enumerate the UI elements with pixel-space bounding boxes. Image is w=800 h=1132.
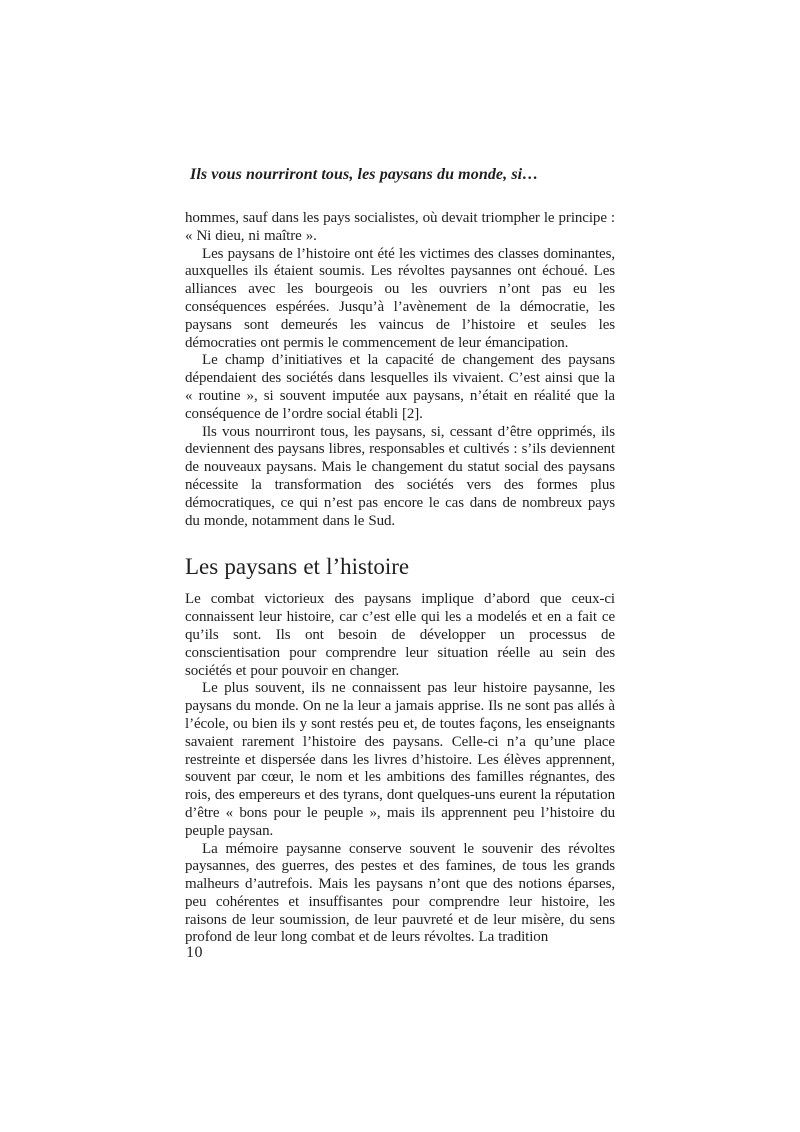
- section-heading: Les paysans et l’histoire: [185, 553, 615, 580]
- body-paragraph: hommes, sauf dans les pays socialistes, …: [185, 210, 615, 246]
- body-paragraphs-before-heading: hommes, sauf dans les pays socialistes, …: [185, 210, 615, 530]
- body-paragraph: Le plus souvent, ils ne connaissent pas …: [185, 680, 615, 840]
- text-column: hommes, sauf dans les pays socialistes, …: [185, 210, 615, 947]
- body-paragraph: Le champ d’initiatives et la capacité de…: [185, 352, 615, 423]
- running-header: Ils vous nourriront tous, les paysans du…: [190, 166, 620, 184]
- body-paragraph: Le combat victorieux des paysans impliqu…: [185, 591, 615, 680]
- body-paragraph: Les paysans de l’histoire ont été les vi…: [185, 246, 615, 353]
- body-paragraph: Ils vous nourriront tous, les paysans, s…: [185, 424, 615, 531]
- book-page: Ils vous nourriront tous, les paysans du…: [0, 0, 800, 1132]
- body-paragraph: La mémoire paysanne conserve souvent le …: [185, 841, 615, 948]
- body-paragraphs-after-heading: Le combat victorieux des paysans impliqu…: [185, 591, 615, 947]
- page-number: 10: [186, 944, 203, 962]
